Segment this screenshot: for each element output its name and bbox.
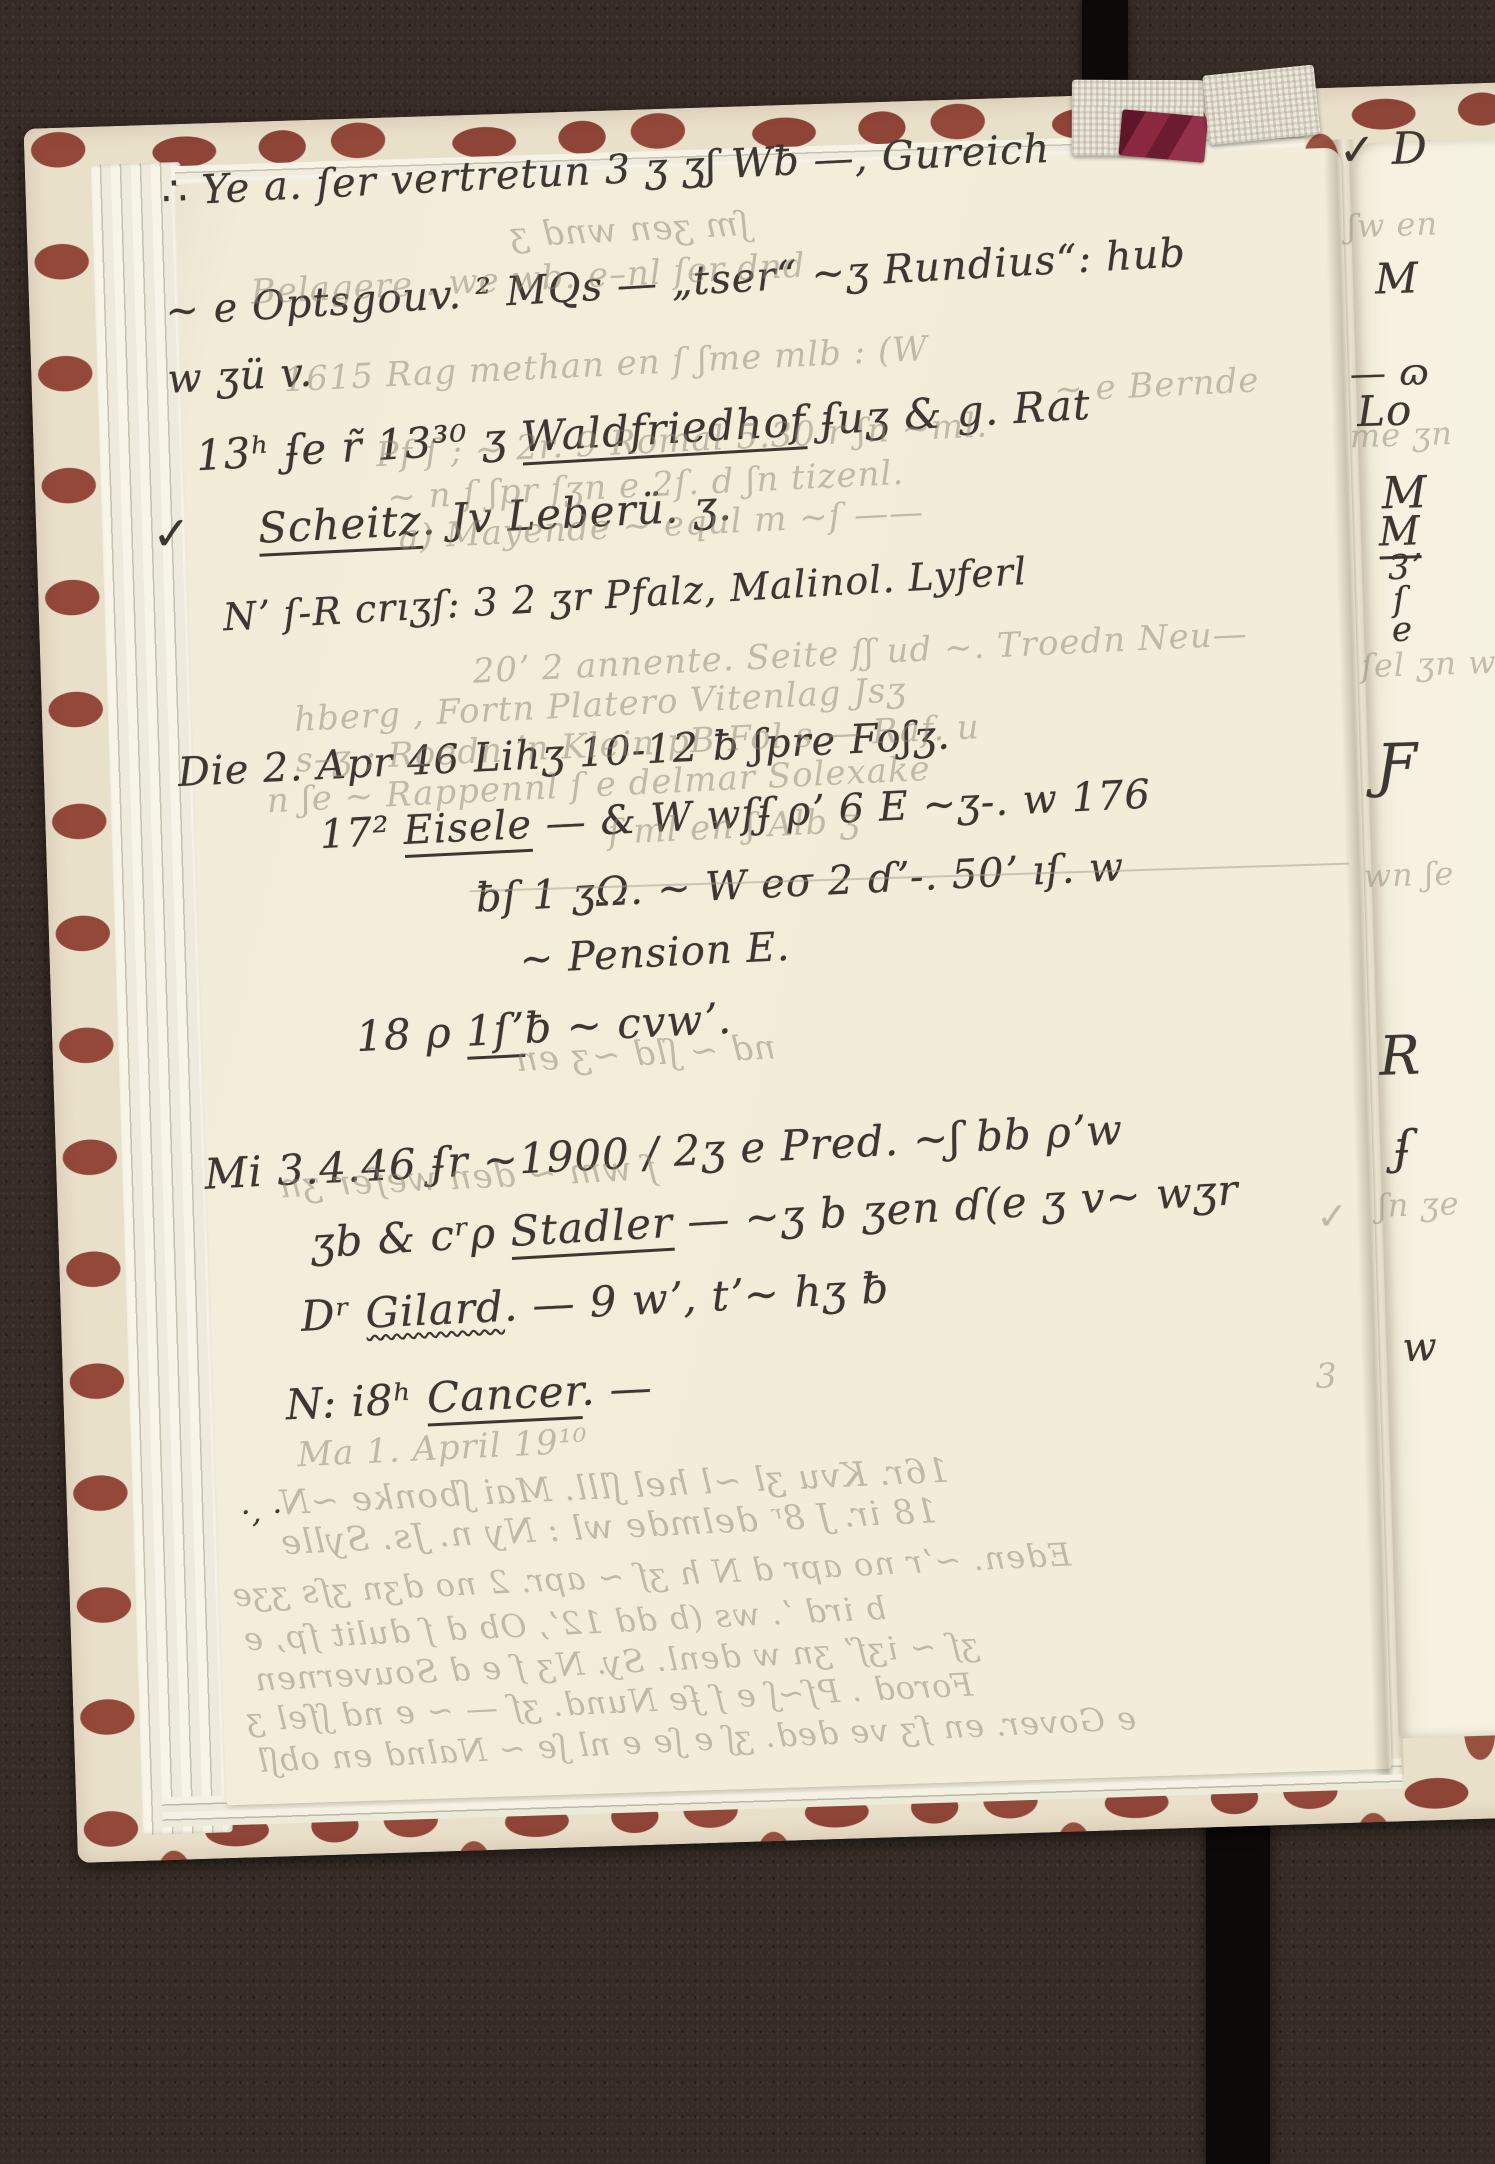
underlined-word: Stadler — [509, 1198, 675, 1260]
handwriting-line: ·‚ · — [241, 1495, 284, 1529]
underlined-word: Gilard — [364, 1282, 505, 1339]
ghost-bleedthrough-line: ʃn ʒe — [1377, 1186, 1460, 1224]
ghost-bleedthrough-line: 3 — [1315, 1358, 1339, 1396]
ghost-bleedthrough-line: ʃm ʒen wnd ʒ — [508, 206, 749, 255]
ghost-bleedthrough-line: ~ e Bernde — [1053, 362, 1260, 409]
ghost-bleedthrough-line: 1615 Rag methan en ſ ʃme mlb : (W — [283, 331, 929, 400]
right-page-fragment: R — [1378, 1025, 1422, 1086]
notebook: ∴ Ye a. ſer vertretun 3 ʒ ʒʃ Wƀ —, Gurei… — [24, 82, 1495, 1863]
ghost-bleedthrough-line: Ma 1. April 19¹⁰ — [296, 1423, 588, 1475]
right-page-fragment: Lo — [1356, 387, 1413, 435]
right-page-fragment: ʄ — [1393, 1122, 1413, 1173]
ghost-bleedthrough-line: ſel ʒn w — [1361, 645, 1495, 684]
handwriting-line: N: i8ʰ Cancer. — — [285, 1365, 654, 1429]
right-page-fragment: M — [1374, 255, 1419, 303]
handwriting-line: ∴ Ye a. ſer vertretun 3 ʒ ʒʃ Wƀ —, Gurei… — [161, 127, 1052, 214]
handwriting-line: ~ Pension E. — [519, 925, 791, 982]
ghost-bleedthrough-line: wn ʃe — [1363, 856, 1455, 894]
right-page-fragment: e — [1391, 611, 1413, 649]
ghost-bleedthrough-line: ✓ — [1316, 1196, 1350, 1239]
handwriting-line: Dʳ Gilard. — 9 wʼ, tʼ~ hʒ ƀ — [300, 1265, 890, 1340]
handwriting-line: ✓ — [152, 508, 193, 560]
handwriting-line: Nʼ ſ-R crıʒſ: 3 2 ʒr Pfalz, Malinol. Lyf… — [222, 551, 1028, 639]
underlined-word: Cancer — [426, 1366, 582, 1426]
handwriting-line: ƀſ 1 ʒΩ. ~ W eσ 2 ɗʼ-. 50ʼ ıſ. w — [475, 845, 1125, 921]
handwriting-layer: ∴ Ye a. ſer vertretun 3 ʒ ʒʃ Wƀ —, Gurei… — [0, 0, 1495, 2164]
ghost-bleedthrough-line: ſ ml en ʃ Alb ʒ — [607, 803, 861, 853]
right-page-fragment: w — [1402, 1325, 1439, 1370]
right-page-fragment: Ƒ — [1375, 733, 1418, 798]
right-page-fragment: ✓ D — [1338, 125, 1429, 176]
photo-scene: ∴ Ye a. ſer vertretun 3 ʒ ʒʃ Wƀ —, Gurei… — [0, 0, 1495, 2164]
ghost-bleedthrough-line: ʃw en — [1347, 206, 1439, 244]
